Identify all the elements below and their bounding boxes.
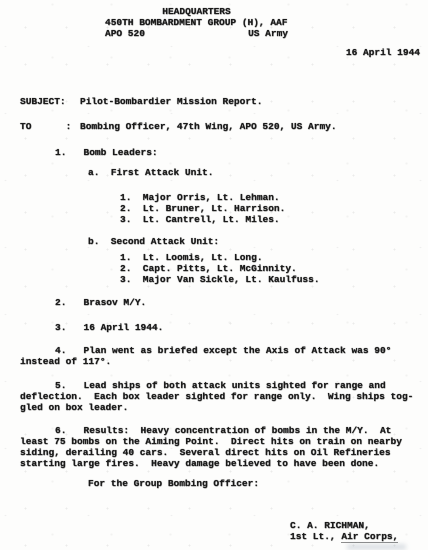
paragraph-4-line: instead of 117°.	[20, 356, 420, 367]
to-label: TO :	[20, 121, 80, 132]
letterhead: HEADQUARTERS 450TH BOMBARDMENT GROUP (H)…	[105, 6, 288, 39]
paragraph-4: 4. Plan went as briefed except the Axis …	[20, 345, 420, 367]
paragraph-6-line: siding, derailing 40 cars. Several direc…	[20, 447, 420, 458]
date-line: 16 April 1944	[20, 47, 420, 58]
subject-row: SUBJECT: Pilot-Bombardier Mission Report…	[20, 96, 420, 107]
crew-line: 1. Major Orris, Lt. Lehman.	[120, 192, 420, 203]
subject-label: SUBJECT:	[20, 96, 80, 107]
signature-rank: 1st Lt.,	[290, 531, 341, 542]
paragraph-4-line: 4. Plan went as briefed except the Axis …	[20, 345, 420, 356]
list-item-bomb-leaders: 1. Bomb Leaders:	[55, 147, 420, 158]
crew-line: 1. Lt. Loomis, Lt. Long.	[120, 252, 420, 263]
paragraph-5-line: gled on box leader.	[20, 402, 420, 413]
paragraph-6-line: least 75 bombs on the Aiming Point. Dire…	[20, 436, 420, 447]
list-item-date: 3. 16 April 1944.	[55, 322, 420, 333]
to-row: TO : Bombing Officer, 47th Wing, APO 520…	[20, 121, 420, 132]
first-attack-unit-heading: a. First Attack Unit.	[88, 167, 420, 178]
crew-line: 3. Major Van Sickle, Lt. Kaulfuss.	[120, 274, 420, 285]
signature-name: C. A. RICHMAN,	[290, 520, 420, 531]
closing-line: For the Group Bombing Officer:	[88, 478, 420, 489]
group-line: 450TH BOMBARDMENT GROUP (H), AAF	[105, 17, 288, 28]
signature-branch: Air Corps,	[341, 531, 398, 543]
second-attack-unit-heading: b. Second Attack Unit:	[88, 236, 420, 247]
signature-block: C. A. RICHMAN, 1st Lt., Air Corps,	[290, 520, 420, 542]
paragraph-6-line: 6. Results: Heavy concentration of bombs…	[20, 425, 420, 436]
paragraph-6-line: starting large fires. Heavy damage belie…	[20, 458, 420, 469]
headquarters-line: HEADQUARTERS	[105, 6, 288, 17]
to-value: Bombing Officer, 47th Wing, APO 520, US …	[80, 121, 337, 132]
paragraph-6: 6. Results: Heavy concentration of bombs…	[20, 425, 420, 469]
second-attack-unit-crews: 1. Lt. Loomis, Lt. Long. 2. Capt. Pitts,…	[120, 252, 420, 285]
first-attack-unit-crews: 1. Major Orris, Lt. Lehman. 2. Lt. Brune…	[120, 192, 420, 225]
mission-report-scan: HEADQUARTERS 450TH BOMBARDMENT GROUP (H)…	[0, 0, 428, 550]
apo-number: APO 520	[105, 28, 145, 39]
list-item-target: 2. Brasov M/Y.	[55, 297, 420, 308]
paragraph-5-line: deflection. Each box leader sighted for …	[20, 391, 420, 402]
crew-line: 3. Lt. Cantrell, Lt. Miles.	[120, 214, 420, 225]
crew-line: 2. Lt. Bruner, Lt. Harrison.	[120, 203, 420, 214]
apo-row: APO 520 US Army	[105, 28, 288, 39]
paragraph-5-line: 5. Lead ships of both attack units sight…	[20, 380, 420, 391]
crew-line: 2. Capt. Pitts, Lt. McGinnity.	[120, 263, 420, 274]
subject-value: Pilot-Bombardier Mission Report.	[80, 96, 262, 107]
paragraph-5: 5. Lead ships of both attack units sight…	[20, 380, 420, 413]
service-branch: US Army	[248, 28, 288, 39]
signature-title: 1st Lt., Air Corps,	[290, 531, 420, 542]
